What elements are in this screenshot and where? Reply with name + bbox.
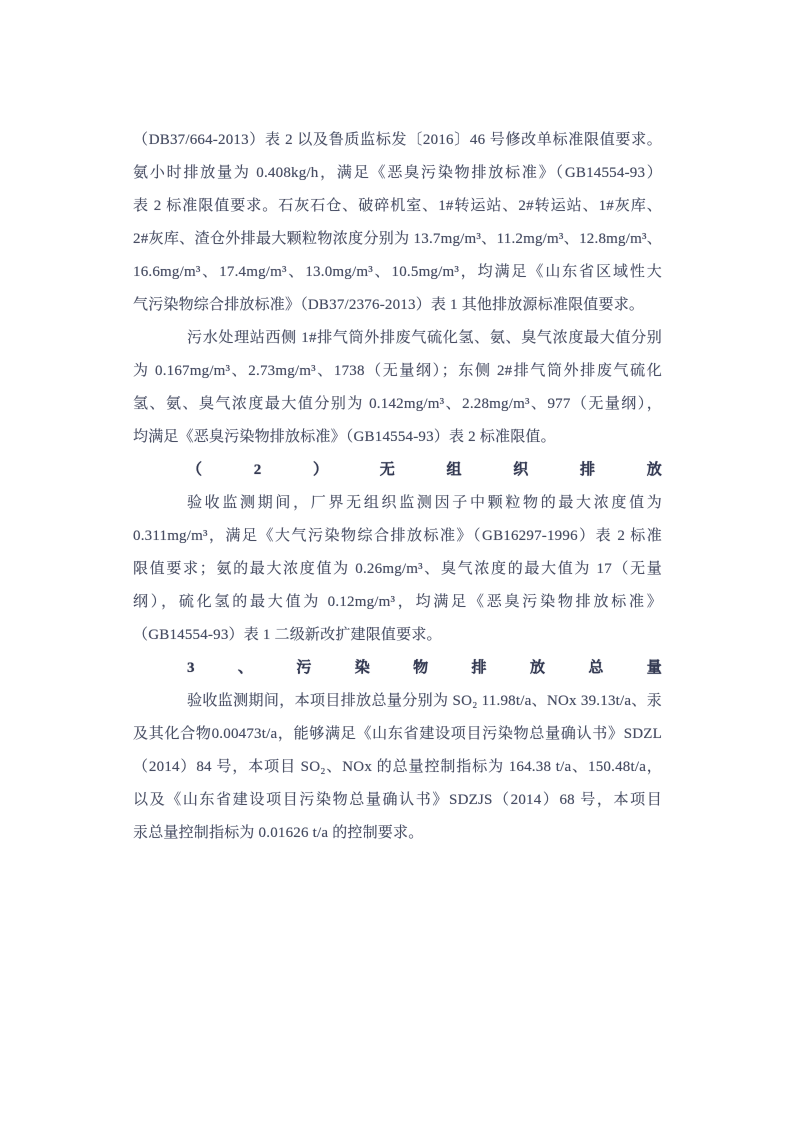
paragraph: 验收监测期间，厂界无组织监测因子中颗粒物的最大浓度值为0.311mg/m³，满足…	[133, 487, 662, 652]
text-line: 均满足《恶臭污染物排放标准》（GB14554-93）表 2 标准限值。	[133, 421, 662, 454]
text-line: （2014）84 号，本项目 SO₂、NOx 的总量控制指标为 164.38 t…	[133, 751, 662, 784]
text-line: 纲），硫化氢的最大值为 0.12mg/m³，均满足《恶臭污染物排放标准》	[133, 586, 662, 619]
paragraph: （DB37/664-2013）表 2 以及鲁质监标发〔2016〕46 号修改单标…	[133, 124, 662, 322]
text-line: 表 2 标准限值要求。石灰石仓、破碎机室、1#转运站、2#转运站、1#灰库、	[133, 190, 662, 223]
text-line: 限值要求；氨的最大浓度值为 0.26mg/m³、臭气浓度的最大值为 17（无量	[133, 553, 662, 586]
text-line: 及其化合物0.00473t/a，能够满足《山东省建设项目污染物总量确认书》SDZ…	[133, 718, 662, 751]
text-line: 污水处理站西侧 1#排气筒外排废气硫化氢、氨、臭气浓度最大值分别	[133, 322, 662, 355]
text-line: （GB14554-93）表 1 二级新改扩建限值要求。	[133, 619, 662, 652]
document-page: （DB37/664-2013）表 2 以及鲁质监标发〔2016〕46 号修改单标…	[0, 0, 794, 1123]
text-line: 氨小时排放量为 0.408kg/h，满足《恶臭污染物排放标准》（GB14554-…	[133, 157, 662, 190]
text-line: 16.6mg/m³、17.4mg/m³、13.0mg/m³、10.5mg/m³，…	[133, 256, 662, 289]
text-line: （DB37/664-2013）表 2 以及鲁质监标发〔2016〕46 号修改单标…	[133, 124, 662, 157]
paragraph: 污水处理站西侧 1#排气筒外排废气硫化氢、氨、臭气浓度最大值分别为 0.167m…	[133, 322, 662, 454]
text-line: 2#灰库、渣仓外排最大颗粒物浓度分别为 13.7mg/m³、11.2mg/m³、…	[133, 223, 662, 256]
paragraph: 验收监测期间，本项目排放总量分别为 SO₂ 11.98t/a、NOx 39.13…	[133, 685, 662, 850]
text-line: 为 0.167mg/m³、2.73mg/m³、1738（无量纲）；东侧 2#排气…	[133, 355, 662, 388]
text-line: 气污染物综合排放标准》（DB37/2376-2013）表 1 其他排放源标准限值…	[133, 289, 662, 322]
section-heading: （2）无组织排放	[133, 454, 662, 487]
text-line: 以及《山东省建设项目污染物总量确认书》SDZJS（2014）68 号，本项目	[133, 784, 662, 817]
text-line: 0.311mg/m³，满足《大气污染物综合排放标准》（GB16297-1996）…	[133, 520, 662, 553]
section-heading: 3、污染物排放总量	[133, 652, 662, 685]
text-line: 氢、氨、臭气浓度最大值分别为 0.142mg/m³、2.28mg/m³、977（…	[133, 388, 662, 421]
text-line: 验收监测期间，厂界无组织监测因子中颗粒物的最大浓度值为	[133, 487, 662, 520]
document-body: （DB37/664-2013）表 2 以及鲁质监标发〔2016〕46 号修改单标…	[133, 124, 662, 850]
text-line: 汞总量控制指标为 0.01626 t/a 的控制要求。	[133, 817, 662, 850]
text-line: 验收监测期间，本项目排放总量分别为 SO₂ 11.98t/a、NOx 39.13…	[133, 685, 662, 718]
